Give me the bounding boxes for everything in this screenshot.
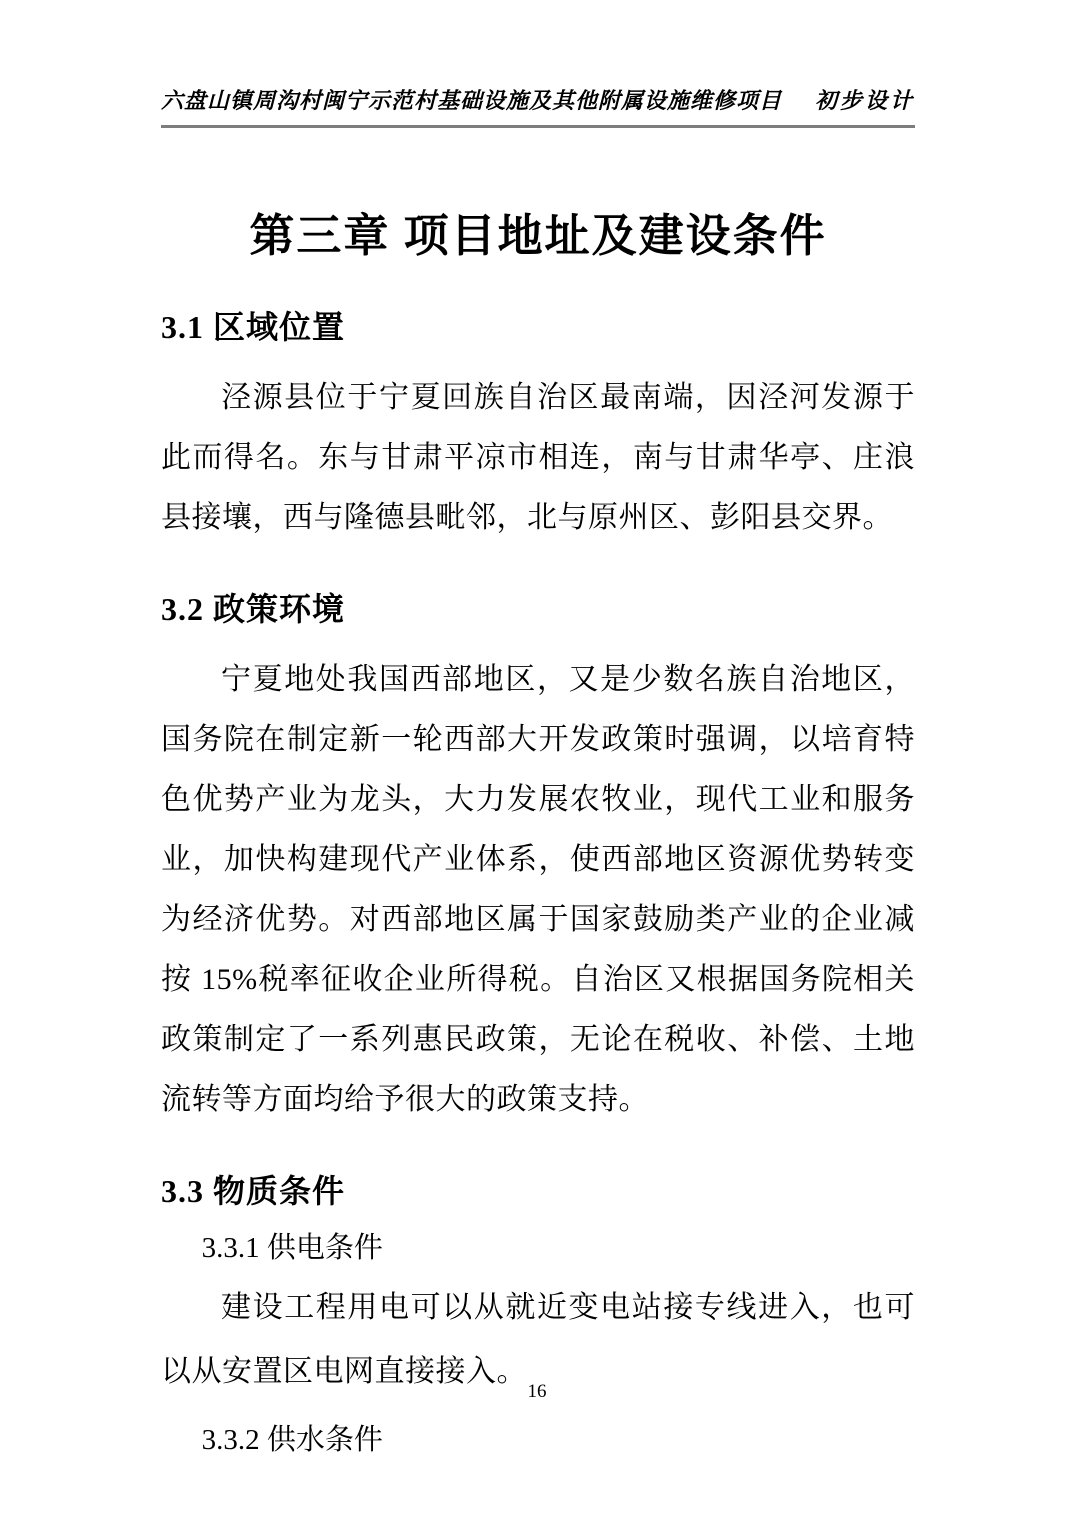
section-heading-3-3: 3.3 物质条件: [161, 1170, 915, 1212]
page-number: 16: [528, 1381, 547, 1402]
section-3-2-paragraph: 宁夏地处我国西部地区，又是少数名族自治地区，国务院在制定新一轮西部大开发政策时强…: [161, 650, 915, 1130]
chapter-title: 第三章 项目地址及建设条件: [161, 206, 915, 266]
section-3-1-paragraph: 泾源县位于宁夏回族自治区最南端，因泾河发源于此而得名。东与甘肃平凉市相连，南与甘…: [161, 368, 915, 548]
section-heading-3-2: 3.2 政策环境: [161, 588, 915, 630]
subsection-heading-3-3-1: 3.3.1 供电条件: [161, 1226, 915, 1270]
header-stage-label: 初步设计: [815, 88, 915, 114]
header-project-title: 六盘山镇周沟村闽宁示范村基础设施及其他附属设施维修项目: [161, 88, 782, 114]
section-heading-3-1: 3.1 区域位置: [161, 306, 915, 348]
page-header: 六盘山镇周沟村闽宁示范村基础设施及其他附属设施维修项目 初步设计: [161, 0, 915, 128]
page-footer: 16: [0, 1380, 1074, 1404]
subsection-heading-3-3-2: 3.3.2 供水条件: [161, 1418, 915, 1462]
page-content: 六盘山镇周沟村闽宁示范村基础设施及其他附属设施维修项目 初步设计 第三章 项目地…: [0, 0, 1074, 1462]
document-page: 六盘山镇周沟村闽宁示范村基础设施及其他附属设施维修项目 初步设计 第三章 项目地…: [0, 0, 1074, 1520]
